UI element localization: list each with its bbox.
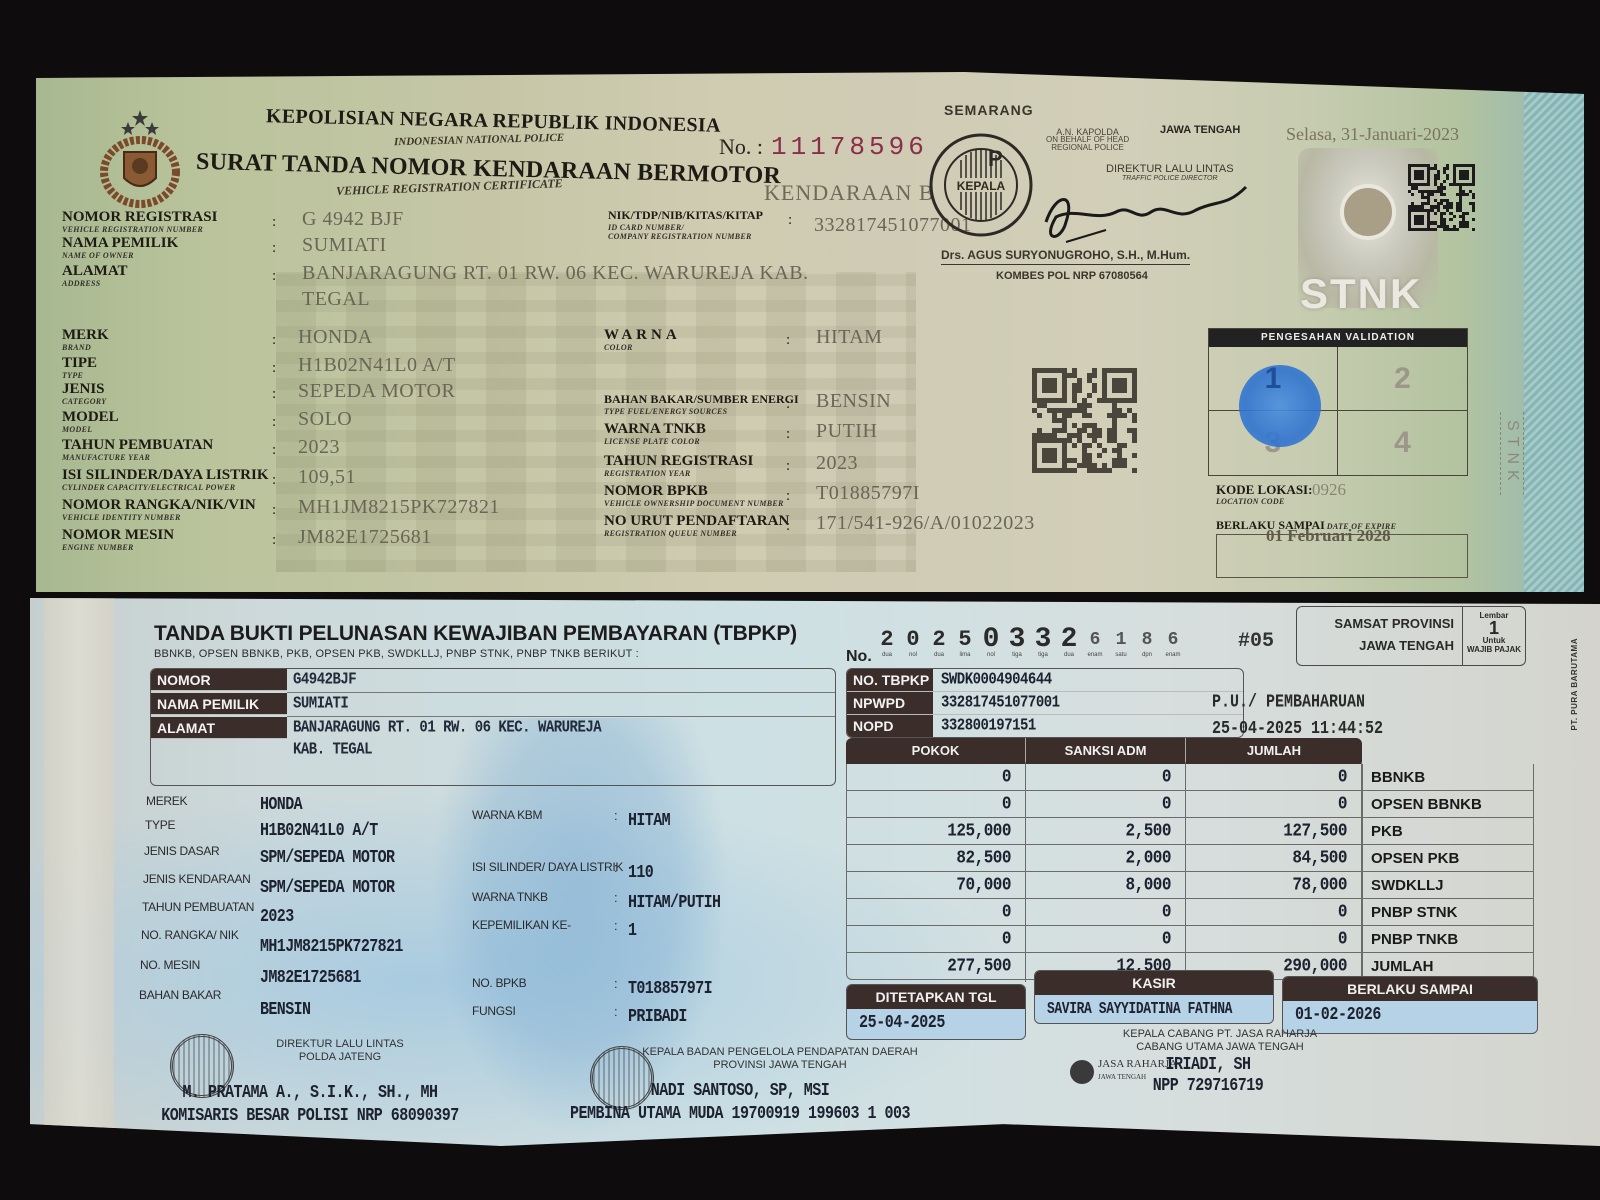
- signatory-title: KEPALA CABANG PT. JASA RAHARJA: [1110, 1028, 1330, 1041]
- field-sublabel: LICENSE PLATE COLOR: [604, 437, 706, 446]
- colon: :: [272, 332, 276, 349]
- issuer-rank: KOMBES POL NRP 67080564: [996, 270, 1148, 282]
- receipt-digit: 1satu: [1108, 624, 1134, 658]
- digit-word: satu: [1108, 652, 1134, 658]
- official-stamp-icon: KEPALA P: [926, 130, 1036, 240]
- sheet-indicator: Lembar 1 Untuk WAJIB PAJAK: [1463, 607, 1525, 665]
- fee-row: 000OPSEN BBNKB: [846, 791, 1534, 818]
- field-sublabel: CYLINDER CAPACITY/ELECTRICAL POWER: [62, 483, 268, 492]
- fee-row: 82,5002,00084,500OPSEN PKB: [846, 845, 1534, 872]
- digit-value: 6: [1082, 624, 1108, 652]
- vehicle-label: JENIS DASAR: [144, 844, 219, 858]
- field-label: JENIS: [62, 382, 107, 397]
- stnk-field-label: NO URUT PENDAFTARANREGISTRATION QUEUE NU…: [604, 514, 789, 538]
- police-emblem-icon: [94, 108, 186, 208]
- validation-cell-2: 2: [1338, 347, 1467, 411]
- stnk-field-value: PUTIH: [816, 420, 877, 443]
- signatory-police-name-block: M. PRATAMA A., S.I.K., SH., MH KOMISARIS…: [160, 1084, 460, 1124]
- vehicle-value: BENSIN: [260, 998, 310, 1019]
- receipt-digit: 0nol: [900, 624, 926, 658]
- vehicle-value: 2023: [260, 906, 294, 927]
- tax-info-box: NO. TBPKPSWDK0004904644NPWPD332817451077…: [846, 668, 1244, 738]
- fee-category-label: OPSEN PKB: [1362, 845, 1534, 872]
- digit-word: tiga: [1030, 652, 1056, 658]
- field-sublabel: ADDRESS: [62, 279, 128, 288]
- tax-info-row: NOPD332800197151: [847, 715, 1243, 738]
- stnk-field-value: SOLO: [298, 408, 352, 431]
- field-label: WARNA TNKB: [604, 422, 706, 437]
- fee-category-label: OPSEN BBNKB: [1362, 791, 1534, 818]
- field-sublabel: VEHICLE OWNERSHIP DOCUMENT NUMBER: [604, 499, 784, 508]
- stnk-field-value: 109,51: [298, 466, 356, 489]
- digit-value: 6: [1160, 624, 1186, 652]
- receipt-title: TANDA BUKTI PELUNASAN KEWAJIBAN PEMBAYAR…: [154, 622, 797, 646]
- stnk-field-value: G 4942 BJF: [302, 208, 404, 231]
- receipt-subtitle: BBNKB, OPSEN BBNKB, PKB, OPSEN PKB, SWDK…: [154, 648, 639, 660]
- field-sublabel: REGISTRATION YEAR: [604, 469, 753, 478]
- assessment-date-box: DITETAPKAN TGL 25-04-2025: [846, 984, 1026, 1040]
- digit-word: enam: [1082, 652, 1108, 658]
- stnk-field-label: MODELMODEL: [62, 410, 119, 434]
- digit-word: enam: [1160, 652, 1186, 658]
- receipt-digit: 6enam: [1082, 624, 1108, 658]
- vehicle-value: H1B02N41L0 A/T: [260, 819, 378, 840]
- vehicle-label: MEREK: [146, 794, 187, 808]
- on-behalf-label: A.N. KAPOLDA ON BEHALF OF HEAD REGIONAL …: [1046, 128, 1129, 152]
- fee-row: 000PNBP TNKB: [846, 926, 1534, 953]
- stamp-text: KEPALA: [957, 179, 1006, 193]
- fee-pokok-cell: 277,500: [846, 951, 1026, 982]
- transaction-type: P.U./ PEMBAHARUAN: [1212, 690, 1383, 716]
- fee-table-body: 000BBNKB000OPSEN BBNKB125,0002,500127,50…: [846, 764, 1534, 980]
- digit-word: dua: [874, 652, 900, 658]
- vehicle-label: KEPEMILIKAN KE-: [472, 918, 571, 932]
- digit-value: 5: [952, 624, 978, 652]
- stnk-field-label: TIPETYPE: [62, 356, 97, 380]
- validation-cell-1: 1: [1209, 347, 1338, 411]
- vehicle-label: ISI SILINDER/ DAYA LISTRIK: [472, 860, 623, 874]
- identity-row-address: ALAMAT BANJARAGUNG RT. 01 RW. 06 KEC. WA…: [151, 717, 601, 761]
- field-sublabel: REGISTRATION QUEUE NUMBER: [604, 529, 789, 538]
- vehicle-value: HONDA: [260, 794, 302, 815]
- stnk-field-label: NOMOR REGISTRASIVEHICLE REGISTRATION NUM…: [62, 210, 217, 234]
- stnk-field-value: 171/541-926/A/01022023: [816, 512, 1035, 535]
- identity-address-values: BANJARAGUNG RT. 01 RW. 06 KEC. WARUREJA …: [287, 717, 601, 761]
- samsat-name: SAMSAT PROVINSI JAWA TENGAH: [1297, 607, 1463, 665]
- colon: :: [614, 976, 618, 991]
- validation-box: PENGESAHAN VALIDATION 1 2 3 4: [1208, 328, 1468, 476]
- stnk-field-label: WARNA TNKBLICENSE PLATE COLOR: [604, 422, 706, 446]
- tax-info-value: 332800197151: [933, 713, 1036, 738]
- stnk-field-value: 2023: [298, 436, 340, 459]
- stnk-field-label: TAHUN REGISTRASIREGISTRATION YEAR: [604, 454, 753, 478]
- vehicle-label: WARNA TNKB: [472, 890, 548, 904]
- tax-info-label: NPWPD: [847, 692, 933, 714]
- validation-grid: 1 2 3 4: [1209, 347, 1467, 475]
- receipt-digit: 8dpn: [1134, 624, 1160, 658]
- colon: :: [614, 1004, 618, 1019]
- identity-label: ALAMAT: [151, 717, 287, 739]
- digit-value: 0: [978, 624, 1004, 652]
- tax-info-row: NO. TBPKPSWDK0004904644: [847, 669, 1243, 692]
- identity-label: NOMOR REGISTRASI: [151, 669, 287, 691]
- fee-row: 70,0008,00078,000SWDKLLJ: [846, 872, 1534, 899]
- vehicle-label: JENIS KENDARAAN: [143, 872, 251, 886]
- receipt-number-suffix: #05: [1238, 630, 1274, 653]
- field-label: NOMOR REGISTRASI: [62, 210, 217, 225]
- digit-value: 8: [1134, 624, 1160, 652]
- field-label: NOMOR MESIN: [62, 528, 174, 543]
- signatory-bapenda: KEPALA BADAN PENGELOLA PENDAPATAN DAERAH…: [630, 1046, 930, 1072]
- field-label: NOMOR BPKB: [604, 484, 784, 499]
- stnk-document: KEPOLISIAN NEGARA REPUBLIK INDONESIA IND…: [36, 72, 1584, 592]
- field-sublabel: ENGINE NUMBER: [62, 543, 174, 552]
- vehicle-value: HITAM: [628, 810, 670, 831]
- issuer-role-text: DIREKTUR LALU LINTAS: [1106, 164, 1234, 174]
- field-sublabel: COLOR: [604, 343, 681, 352]
- stnk-field-value: BENSIN: [816, 390, 891, 413]
- digit-word: nol: [978, 652, 1004, 658]
- digit-value: 2: [926, 624, 952, 652]
- colon: :: [272, 268, 276, 285]
- field-sublabel: VEHICLE IDENTITY NUMBER: [62, 513, 256, 522]
- signatory-title-2: POLDA JATENG: [230, 1051, 450, 1064]
- field-label: TAHUN PEMBUATAN: [62, 438, 213, 453]
- serial-number: No. :11178596: [719, 132, 928, 162]
- field-label: BAHAN BAKAR/SUMBER ENERGI: [604, 392, 799, 407]
- identity-value-2: KAB. TEGAL: [287, 737, 601, 763]
- colon: :: [786, 396, 790, 413]
- receipt-number-label: No.: [846, 648, 872, 666]
- side-stnk-label: STNK: [1500, 412, 1524, 495]
- field-sublabel: CATEGORY: [62, 397, 107, 406]
- receipt-digit: 3tiga: [1030, 624, 1056, 658]
- validation-cell-1-number: 1: [1265, 362, 1282, 396]
- location-code-label-text: KODE LOKASI:: [1216, 482, 1312, 497]
- validation-cell-4: 4: [1338, 411, 1467, 475]
- vehicle-label: NO. MESIN: [140, 958, 200, 972]
- stnk-field-value: JM82E1725681: [298, 526, 432, 549]
- fee-row: 000BBNKB: [846, 764, 1534, 791]
- digit-value: 2: [1056, 624, 1082, 652]
- colon: :: [272, 502, 276, 519]
- digit-value: 0: [900, 624, 926, 652]
- stnk-field-value: MH1JM8215PK727821: [298, 496, 500, 519]
- stnk-field-label: NOMOR MESINENGINE NUMBER: [62, 528, 174, 552]
- location-code-label: KODE LOKASI: LOCATION CODE: [1216, 482, 1312, 506]
- stnk-field-label: MERKBRAND: [62, 328, 109, 352]
- cashier-value: SAVIRA SAYYIDATINA FATHNA: [1035, 992, 1273, 1025]
- vehicle-value: SPM/SEPEDA MOTOR: [260, 876, 394, 897]
- issuer-name: Drs. AGUS SURYONUGROHO, S.H., M.Hum.: [941, 248, 1190, 265]
- vehicle-label: TAHUN PEMBUATAN: [142, 900, 254, 914]
- sheet-for-1: Untuk: [1463, 636, 1525, 645]
- samsat-line-1: SAMSAT PROVINSI: [1297, 613, 1454, 635]
- fee-category-label: BBNKB: [1362, 764, 1534, 791]
- identity-row-owner: NAMA PEMILIK SUMIATI: [151, 693, 348, 715]
- security-pattern-edge: [1524, 72, 1584, 592]
- on-behalf-line-3: REGIONAL POLICE: [1046, 144, 1129, 152]
- colon: :: [272, 214, 276, 231]
- digit-value: 3: [1004, 624, 1030, 652]
- vehicle-value: SPM/SEPEDA MOTOR: [260, 847, 394, 868]
- transaction-info: P.U./ PEMBAHARUAN 25-04-2025 11:44:52: [1212, 690, 1383, 743]
- fee-header-sanksi: SANKSI ADM: [1026, 738, 1186, 764]
- fee-category-label: PNBP TNKB: [1362, 926, 1534, 953]
- digit-word: dua: [926, 652, 952, 658]
- colon: :: [614, 890, 618, 905]
- stnk-field-value: BANJARAGUNG RT. 01 RW. 06 KEC. WARUREJA …: [302, 262, 809, 285]
- receipt-digit: 0nol: [978, 624, 1004, 658]
- assessment-date-value: 25-04-2025: [847, 1006, 1025, 1041]
- vehicle-value: PRIBADI: [628, 1006, 687, 1027]
- stnk-field-label: NOMOR BPKBVEHICLE OWNERSHIP DOCUMENT NUM…: [604, 484, 784, 508]
- field-label: ALAMAT: [62, 264, 128, 279]
- validation-title: PENGESAHAN VALIDATION: [1209, 329, 1467, 347]
- institution-name-en: INDONESIAN NATIONAL POLICE: [394, 132, 564, 148]
- signatory-name: NADI SANTOSO, SP, MSI: [540, 1080, 940, 1101]
- stnk-field-value: 2023: [816, 452, 858, 475]
- serial-number-value: 11178596: [771, 132, 928, 162]
- signatory-name: M. PRATAMA A., S.I.K., SH., MH: [160, 1082, 460, 1103]
- fee-category-label: PKB: [1362, 818, 1534, 845]
- field-label: MODEL: [62, 410, 119, 425]
- tax-info-row: NPWPD332817451077001: [847, 692, 1243, 715]
- vehicle-value: MH1JM8215PK727821: [260, 935, 403, 956]
- vehicle-value: HITAM/PUTIH: [628, 892, 720, 913]
- receipt-digit: 2dua: [1056, 624, 1082, 658]
- colon: :: [786, 426, 790, 443]
- qr-code-icon: [1032, 368, 1137, 473]
- nik-sub1: ID CARD NUMBER/: [608, 223, 763, 232]
- signatory-title: DIREKTUR LALU LINTAS: [230, 1038, 450, 1051]
- field-label: NO URUT PENDAFTARAN: [604, 514, 789, 529]
- fee-category-label: PNBP STNK: [1362, 899, 1534, 926]
- tax-info-label: NOPD: [847, 715, 933, 737]
- digit-word: dpn: [1134, 652, 1160, 658]
- expiry-value: 01 Februari 2028: [1266, 526, 1391, 546]
- stnk-field-value: HITAM: [816, 326, 882, 349]
- field-sublabel: MANUFACTURE YEAR: [62, 453, 213, 462]
- field-label: TIPE: [62, 356, 97, 371]
- signatory-id: NPP 729716719: [1148, 1075, 1268, 1096]
- sheet-number: 1: [1463, 620, 1525, 636]
- sheet-for-2: WAJIB PAJAK: [1463, 645, 1525, 654]
- colon: :: [786, 458, 790, 475]
- colon: :: [786, 488, 790, 505]
- digit-word: dua: [1056, 652, 1082, 658]
- cashier-box: KASIR SAVIRA SAYYIDATINA FATHNA: [1034, 970, 1274, 1024]
- field-label: ISI SILINDER/DAYA LISTRIK: [62, 468, 268, 483]
- field-sublabel: NAME OF OWNER: [62, 251, 178, 260]
- vehicle-label: NO. RANGKA/ NIK: [141, 928, 239, 942]
- stnk-field-label: TAHUN PEMBUATANMANUFACTURE YEAR: [62, 438, 213, 462]
- valid-until-box: BERLAKU SAMPAI 01-02-2026: [1282, 976, 1538, 1034]
- field-sublabel: VEHICLE REGISTRATION NUMBER: [62, 225, 217, 234]
- colon: :: [272, 386, 276, 403]
- digit-value: 2: [874, 624, 900, 652]
- colon: :: [272, 532, 276, 549]
- colon: :: [786, 332, 790, 349]
- vehicle-value: 1: [628, 920, 636, 941]
- fee-row: 125,0002,500127,500PKB: [846, 818, 1534, 845]
- colon: :: [272, 442, 276, 459]
- identity-row-registration: NOMOR REGISTRASI G4942BJF: [151, 669, 356, 691]
- field-sublabel: BRAND: [62, 343, 109, 352]
- colon: :: [272, 240, 276, 257]
- colon: :: [614, 860, 618, 875]
- vehicle-label: FUNGSI: [472, 1004, 516, 1018]
- security-strip: [44, 598, 114, 1146]
- signatory-title: KEPALA BADAN PENGELOLA PENDAPATAN DAERAH: [630, 1046, 930, 1059]
- stnk-field-value: H1B02N41L0 A/T: [298, 354, 456, 377]
- signatory-bapenda-name-block: NADI SANTOSO, SP, MSI PEMBINA UTAMA MUDA…: [540, 1082, 940, 1122]
- stnk-field-label: NOMOR RANGKA/NIK/VINVEHICLE IDENTITY NUM…: [62, 498, 256, 522]
- signatory-jasa-raharja-name-block: IRIADI, SH NPP 729716719: [1148, 1056, 1268, 1094]
- fee-header-pokok: POKOK: [846, 738, 1026, 764]
- vehicle-label: NO. BPKB: [472, 976, 526, 990]
- receipt-digit: 2dua: [874, 624, 900, 658]
- signatory-police: DIREKTUR LALU LINTAS POLDA JATENG: [230, 1038, 450, 1064]
- serial-number-label: No. :: [719, 134, 763, 159]
- vehicle-value: JM82E1725681: [260, 967, 361, 988]
- digit-word: nol: [900, 652, 926, 658]
- field-label: WARNA: [604, 328, 681, 343]
- colon: :: [272, 472, 276, 489]
- stnk-field-value: T01885797I: [816, 482, 920, 505]
- signatory-id: KOMISARIS BESAR POLISI NRP 68090397: [160, 1105, 460, 1126]
- signatory-title-2: CABANG UTAMA JAWA TENGAH: [1110, 1041, 1330, 1054]
- nik-field: NIK/TDP/NIB/KITAS/KITAP ID CARD NUMBER/ …: [608, 208, 763, 241]
- colon: :: [272, 360, 276, 377]
- field-sublabel: TYPE: [62, 371, 97, 380]
- tax-info-label: NO. TBPKP: [847, 669, 933, 691]
- signatory-jasa-raharja-title: KEPALA CABANG PT. JASA RAHARJA CABANG UT…: [1110, 1028, 1330, 1054]
- identity-value: G4942BJF: [287, 667, 356, 693]
- colon: :: [614, 808, 618, 823]
- receipt-digit: 2dua: [926, 624, 952, 658]
- printer-side-text: PT. PURA BARUTAMA: [1570, 638, 1579, 731]
- stnk-field-label: NAMA PEMILIKNAME OF OWNER: [62, 236, 178, 260]
- hologram-text: STNK: [1300, 270, 1422, 318]
- colon: :: [788, 212, 792, 229]
- digit-value: 1: [1108, 624, 1134, 652]
- digit-word: lima: [952, 652, 978, 658]
- vehicle-label: BAHAN BAKAR: [139, 988, 221, 1002]
- field-label: NOMOR RANGKA/NIK/VIN: [62, 498, 256, 513]
- signatory-id: PEMBINA UTAMA MUDA 19700919 199603 1 003: [540, 1103, 940, 1124]
- field-label: TAHUN REGISTRASI: [604, 454, 753, 469]
- tbpkp-receipt: TANDA BUKTI PELUNASAN KEWAJIBAN PEMBAYAR…: [30, 598, 1600, 1146]
- issuer-city: SEMARANG: [944, 102, 1034, 118]
- stnk-field-value: HONDA: [298, 326, 373, 349]
- colon: :: [614, 918, 618, 933]
- stnk-field-label: JENISCATEGORY: [62, 382, 107, 406]
- fee-category-label: SWDKLLJ: [1362, 872, 1534, 899]
- jasa-raharja-logo-icon: [1070, 1060, 1094, 1084]
- stnk-field-label: WARNACOLOR: [604, 328, 681, 352]
- location-code-value: 0926: [1312, 480, 1346, 500]
- location-code-sub: LOCATION CODE: [1216, 497, 1312, 506]
- signatory-name: IRIADI, SH: [1148, 1054, 1268, 1075]
- vehicle-value: 110: [628, 862, 653, 883]
- colon: :: [272, 414, 276, 431]
- nik-sub2: COMPANY REGISTRATION NUMBER: [608, 232, 763, 241]
- stnk-field-label: BAHAN BAKAR/SUMBER ENERGITYPE FUEL/ENERG…: [604, 392, 799, 416]
- colon: :: [786, 518, 790, 535]
- field-label: NAMA PEMILIK: [62, 236, 178, 251]
- samsat-line-2: JAWA TENGAH: [1297, 635, 1454, 657]
- digit-value: 3: [1030, 624, 1056, 652]
- receipt-digit: 5lima: [952, 624, 978, 658]
- qr-code-icon: [1408, 164, 1475, 231]
- issuer-province: JAWA TENGAH: [1160, 124, 1240, 136]
- receipt-digit: 6enam: [1160, 624, 1186, 658]
- identity-value: SUMIATI: [287, 691, 348, 717]
- field-sublabel: MODEL: [62, 425, 119, 434]
- receipt-digit: 3tiga: [1004, 624, 1030, 658]
- field-sublabel: TYPE FUEL/ENERGY SOURCES: [604, 407, 799, 416]
- stnk-field-value-2: TEGAL: [302, 288, 370, 311]
- nik-label: NIK/TDP/NIB/KITAS/KITAP: [608, 208, 763, 223]
- identity-box: NOMOR REGISTRASI G4942BJF NAMA PEMILIK S…: [150, 668, 836, 786]
- watermark-text: KENDARAAN B: [764, 180, 935, 206]
- stnk-field-value: SUMIATI: [302, 234, 387, 257]
- signatory-title-2: PROVINSI JAWA TENGAH: [630, 1059, 930, 1072]
- samsat-box: SAMSAT PROVINSI JAWA TENGAH Lembar 1 Unt…: [1296, 606, 1526, 666]
- vehicle-label: TYPE: [145, 818, 175, 832]
- signature-icon: [1036, 182, 1256, 252]
- issue-date: Selasa, 31-Januari-2023: [1286, 124, 1459, 145]
- identity-label: NAMA PEMILIK: [151, 693, 287, 715]
- digit-word: tiga: [1004, 652, 1030, 658]
- fee-header-jumlah: JUMLAH: [1186, 738, 1362, 764]
- issuer-role: DIREKTUR LALU LINTAS TRAFFIC POLICE DIRE…: [1106, 164, 1234, 184]
- fee-table-header: POKOK SANKSI ADM JUMLAH: [846, 738, 1362, 764]
- fee-row: 000PNBP STNK: [846, 899, 1534, 926]
- vehicle-value: T01885797I: [628, 978, 712, 999]
- receipt-number-digits: 2dua0nol2dua5lima0nol3tiga3tiga2dua6enam…: [874, 624, 1186, 658]
- stnk-field-value: SEPEDA MOTOR: [298, 380, 455, 403]
- stnk-field-label: ALAMATADDRESS: [62, 264, 128, 288]
- field-label: MERK: [62, 328, 109, 343]
- svg-text:P: P: [988, 146, 1003, 171]
- stnk-field-label: ISI SILINDER/DAYA LISTRIKCYLINDER CAPACI…: [62, 468, 268, 492]
- vehicle-label: WARNA KBM: [472, 808, 542, 822]
